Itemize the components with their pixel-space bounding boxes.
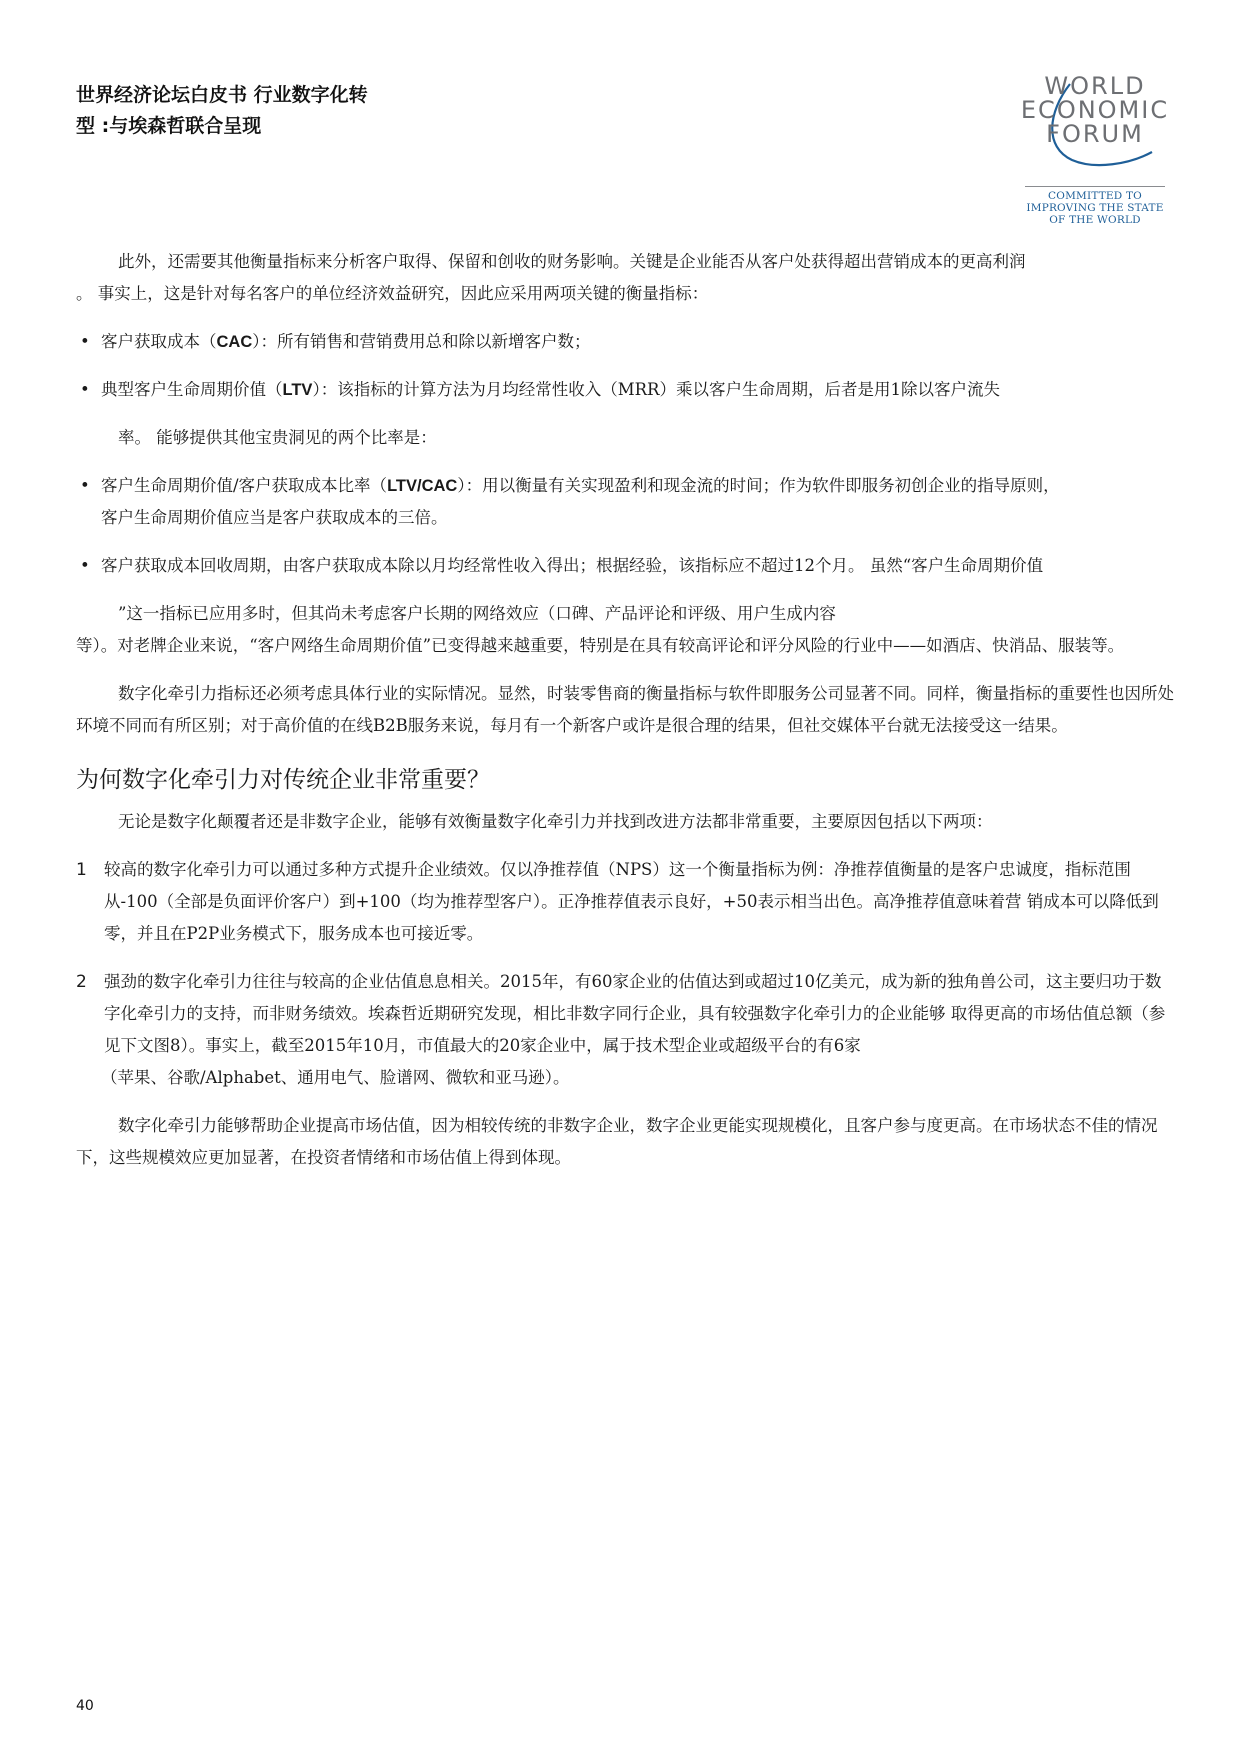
numbered-item-1: 1 较高的数字化牵引力可以通过多种方式提升企业绩效。仅以净推荐值（NPS）这一个… bbox=[76, 854, 1176, 950]
section-heading: 为何数字化牵引力对传统企业非常重要？ bbox=[76, 762, 1176, 798]
bullet-dot: • bbox=[80, 550, 90, 582]
page-number: 40 bbox=[76, 1698, 94, 1714]
logo-tagline-3: OF THE WORLD bbox=[1010, 214, 1180, 226]
logo-word-forum: FORUM bbox=[1010, 122, 1180, 146]
bullet-cac: • 客户获取成本（CAC）：所有销售和营销费用总和除以新增客户数； bbox=[76, 326, 1176, 358]
bullet-text: ）：所有销售和营销费用总和除以新增客户数； bbox=[252, 332, 590, 351]
item-text: 较高的数字化牵引力可以通过多种方式提升企业绩效。仅以净推荐值（NPS）这一个衡量… bbox=[104, 860, 1159, 943]
paragraph-industry-context: 数字化牵引力指标还必须考虑具体行业的实际情况。显然，时装零售商的衡量指标与软件即… bbox=[76, 678, 1176, 742]
bullet-text: 客户获取成本回收周期，由客户获取成本除以月均经常性收入得出；根据经验，该指标应不… bbox=[101, 556, 1043, 575]
paragraph-intro-continued: 。 事实上，这是针对每名客户的单位经济效益研究，因此应采用两项关键的衡量指标： bbox=[76, 278, 1176, 310]
logo-divider bbox=[1025, 186, 1165, 187]
bullet-payback: • 客户获取成本回收周期，由客户获取成本除以月均经常性收入得出；根据经验，该指标… bbox=[76, 550, 1176, 582]
paragraph-network-effect-line1: ”这一指标已应用多时，但其尚未考虑客户长期的网络效应（口碑、产品评论和评级、用户… bbox=[76, 598, 1176, 630]
bullet-ltv-continued: 率。 能够提供其他宝贵洞见的两个比率是： bbox=[76, 422, 1176, 454]
numbered-item-2: 2 强劲的数字化牵引力往往与较高的企业估值息息相关。2015年，有60家企业的估… bbox=[76, 966, 1176, 1062]
bullet-dot: • bbox=[80, 374, 90, 406]
document-header-title: 世界经济论坛白皮书 行业数字化转 型 :与埃森哲联合呈现 bbox=[76, 80, 416, 142]
bullet-ltv-cac-continued: 客户生命周期价值应当是客户获取成本的三倍。 bbox=[76, 502, 1176, 534]
bullet-text: 客户生命周期价值/客户获取成本比率（ bbox=[101, 476, 387, 495]
paragraph-market-valuation: 数字化牵引力能够帮助企业提高市场估值，因为相较传统的非数字企业，数字企业更能实现… bbox=[76, 1110, 1176, 1174]
bullet-dot: • bbox=[80, 326, 90, 358]
company-list: （苹果、谷歌/Alphabet、通用电气、脸谱网、微软和亚马逊）。 bbox=[76, 1062, 1176, 1094]
bullet-term: LTV/CAC bbox=[387, 477, 457, 495]
item-text: 强劲的数字化牵引力往往与较高的企业估值息息相关。2015年，有60家企业的估值达… bbox=[104, 972, 1165, 1055]
logo-tagline-1: COMMITTED TO bbox=[1010, 190, 1180, 202]
bullet-dot: • bbox=[80, 470, 90, 502]
paragraph-intro: 此外，还需要其他衡量指标来分析客户取得、保留和创收的财务影响。关键是企业能否从客… bbox=[76, 246, 1176, 278]
bullet-text: 典型客户生命周期价值（ bbox=[101, 380, 283, 399]
bullet-text: 客户获取成本（ bbox=[101, 332, 217, 351]
bullet-ltv-cac: • 客户生命周期价值/客户获取成本比率（LTV/CAC）：用以衡量有关实现盈利和… bbox=[76, 470, 1176, 502]
paragraph-reasons-intro: 无论是数字化颠覆者还是非数字企业，能够有效衡量数字化牵引力并找到改进方法都非常重… bbox=[76, 806, 1176, 838]
document-body: 此外，还需要其他衡量指标来分析客户取得、保留和创收的财务影响。关键是企业能否从客… bbox=[76, 246, 1176, 1174]
logo-tagline: COMMITTED TO IMPROVING THE STATE OF THE … bbox=[1010, 190, 1180, 226]
logo-tagline-2: IMPROVING THE STATE bbox=[1010, 202, 1180, 214]
bullet-term: LTV bbox=[283, 381, 313, 399]
logo-word-world: WORLD bbox=[1010, 74, 1180, 98]
header-title-line-2: 型 :与埃森哲联合呈现 bbox=[76, 111, 416, 142]
bullet-text: ）：该指标的计算方法为月均经常性收入（MRR）乘以客户生命周期，后者是用1除以客… bbox=[312, 380, 1000, 399]
bullet-term: CAC bbox=[217, 333, 253, 351]
bullet-ltv: • 典型客户生命周期价值（LTV）：该指标的计算方法为月均经常性收入（MRR）乘… bbox=[76, 374, 1176, 406]
bullet-text: ）：用以衡量有关实现盈利和现金流的时间；作为软件即服务初创企业的指导原则， bbox=[457, 476, 1059, 495]
wef-logo: WORLD ECONOMIC FORUM COMMITTED TO IMPROV… bbox=[1010, 72, 1180, 232]
item-number: 2 bbox=[76, 966, 87, 998]
header-title-line-1: 世界经济论坛白皮书 行业数字化转 bbox=[76, 80, 416, 111]
item-number: 1 bbox=[76, 854, 87, 886]
logo-word-economic: ECONOMIC bbox=[1010, 98, 1180, 122]
paragraph-network-effect: 等）。对老牌企业来说，“客户网络生命周期价值”已变得越来越重要，特别是在具有较高… bbox=[76, 630, 1176, 662]
